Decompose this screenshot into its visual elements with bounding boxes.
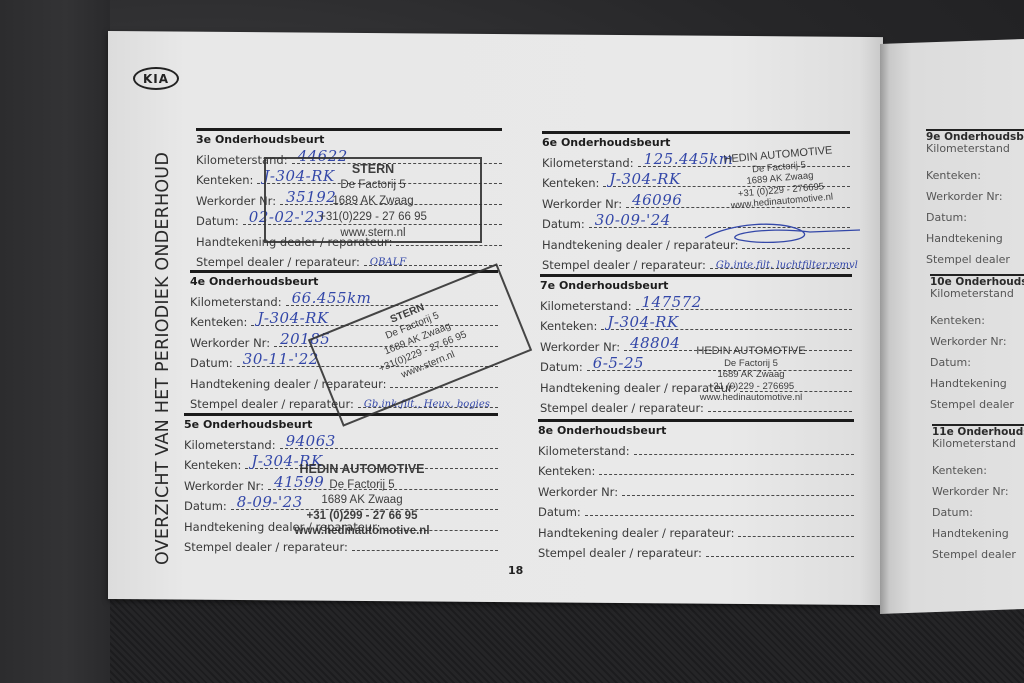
section-heading: 7e Onderhoudsbeurt [540,279,852,292]
field-label: Werkorder Nr: [926,185,1024,206]
field-label: Werkorder Nr: [190,336,270,350]
field-label: Kilometerstand: [540,299,632,313]
section-heading: 3e Onderhoudsbeurt [196,133,502,146]
field-label: Kilometerstand: [542,156,634,170]
field-label: Stempel dealer [932,543,1024,564]
handwritten-value: 46096 [632,191,682,209]
field-label: Kilometerstand: [538,444,630,458]
handwritten-value: J-304-RK [609,170,680,188]
field-label: Kenteken: [196,173,253,187]
field-label: Stempel dealer [926,248,1024,269]
field-label: Stempel dealer / reparateur: [540,401,704,415]
dealer-stamp-hedin: HEDIN AUTOMOTIVE De Factorij 5 1689 AK Z… [262,462,462,540]
field-label: Kenteken: [190,315,247,329]
handwritten-value: J-304-RK [257,309,328,327]
field-label: Datum: [540,360,583,374]
field-label: Stempel dealer / reparateur: [190,397,354,411]
dealer-stamp-stern: STERN De Factorij 5 1689 AK Zwaag +31(0)… [264,157,482,243]
field-label: Stempel dealer / reparateur: [538,546,702,560]
field-label: Kenteken: [184,458,241,472]
field-label: Kenteken: [926,164,1024,185]
section-rule [196,128,502,131]
field-label: Datum: [538,505,581,519]
field-label: Kenteken: [930,309,1024,330]
field-stamp[interactable]: Stempel dealer / reparateur: [538,540,854,561]
field-label: Werkorder Nr: [184,479,264,493]
field-label: Werkorder Nr: [538,485,618,499]
field-label: Kenteken: [932,459,1024,480]
field-label: Kenteken: [538,464,595,478]
field-km[interactable]: Kilometerstand:147572 [540,292,852,313]
field-label: Kilometerstand: [184,438,276,452]
section-rule [542,131,850,134]
field-label: Kenteken: [540,319,597,333]
field-label: Kilometerstand [932,438,1024,459]
field-label: Kilometerstand [926,143,1024,164]
field-plate[interactable]: Kenteken:J-304-RK [540,313,852,334]
field-km[interactable]: Kilometerstand:94063 [184,431,498,452]
section-rule [190,270,498,273]
handwritten-value: 30-09-'24 [595,211,671,229]
field-plate[interactable]: Kenteken: [538,458,854,479]
field-label: Datum: [542,217,585,231]
service-11: 11e OnderhoudsbeurtKilometerstandKenteke… [932,424,1024,564]
handwritten-value: 147572 [642,293,702,311]
field-label: Stempel dealer [930,393,1024,414]
field-label: Kilometerstand: [190,295,282,309]
field-label: Datum: [190,356,233,370]
section-rule [540,274,852,277]
handwritten-value: 30-11-'22 [243,350,319,368]
section-rule [538,419,854,422]
handwritten-value: 6-5-25 [593,354,644,372]
field-label: Handtekening [926,227,1024,248]
dealer-stamp-hedin-7: HEDIN AUTOMOTIVE De Factorij 5 1689 AK Z… [686,346,816,404]
field-label: Stempel dealer / reparateur: [542,258,706,272]
kia-logo: KIA [133,67,179,90]
field-label: Datum: [930,351,1024,372]
field-date[interactable]: Datum: [538,499,854,520]
signature-scribble [700,218,870,248]
field-signature[interactable]: Handtekening dealer / reparateur: [538,519,854,540]
field-label: Kenteken: [542,176,599,190]
field-stamp[interactable]: Stempel dealer / reparateur:OBALF [196,249,502,270]
field-label: Handtekening [932,522,1024,543]
field-stamp[interactable]: Stempel dealer / reparateur:Gb.inte.filt… [542,252,850,273]
field-label: Handtekening [930,372,1024,393]
field-label: Kilometerstand [930,288,1024,309]
service-8: 8e Onderhoudsbeurt Kilometerstand: Kente… [538,419,854,560]
service-9: 9e OnderhoudsbeurtKilometerstandKenteken… [926,129,1024,269]
side-title: OVERZICHT VAN HET PERIODIEK ONDERHOUD [153,152,173,565]
field-label: Datum: [184,499,227,513]
field-label: Stempel dealer / reparateur: [196,255,360,269]
dealer-stamp-hedin-6: HEDIN AUTOMOTIVE De Factorij 5 1689 AK Z… [713,144,848,213]
field-order[interactable]: Werkorder Nr: [538,478,854,499]
handwritten-value: 94063 [286,432,336,450]
field-label: Datum: [926,206,1024,227]
field-label: Werkorder Nr: [542,197,622,211]
field-label: Werkorder Nr: [932,480,1024,501]
field-label: Werkorder Nr: [930,330,1024,351]
section-heading: 8e Onderhoudsbeurt [538,424,854,437]
field-label: Stempel dealer / reparateur: [184,540,348,554]
handwritten-value: 66.455km [292,289,372,307]
handwritten-value: OBALF [370,257,406,268]
service-10: 10e OnderhoudsbeurtKilometerstandKenteke… [930,274,1024,414]
field-label: Datum: [196,214,239,228]
background-left [0,0,110,683]
field-label: Werkorder Nr: [540,340,620,354]
page-number: 18 [508,564,523,577]
handwritten-value: Gb.inte.filt. luchtfilter,remvl [716,260,858,271]
field-label: Handtekening dealer / reparateur: [538,526,734,540]
handwritten-value: J-304-RK [607,313,678,331]
handwritten-value: 48804 [630,334,680,352]
field-label: Datum: [932,501,1024,522]
field-km[interactable]: Kilometerstand: [538,437,854,458]
